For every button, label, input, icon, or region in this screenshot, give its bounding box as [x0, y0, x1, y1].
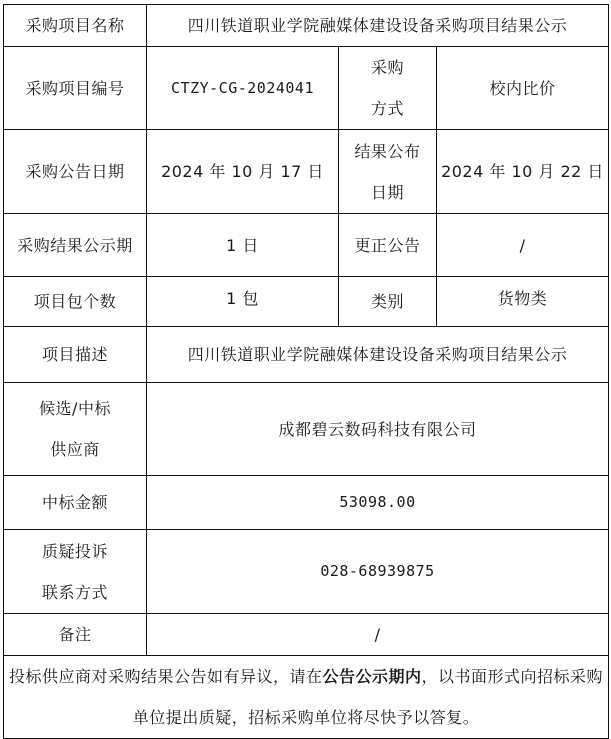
package-count-value: 1 包 — [147, 277, 339, 327]
project-code-label: 采购项目编号 — [4, 47, 147, 130]
procurement-result-table: 采购项目名称 四川铁道职业学院融媒体建设设备采购项目结果公示 采购项目编号 CT… — [3, 4, 609, 739]
announcement-date-label: 采购公告日期 — [4, 130, 147, 214]
procurement-method-label-line2: 方式 — [343, 88, 432, 129]
supplier-value: 成都碧云数码科技有限公司 — [147, 383, 609, 476]
row-remarks: 备注 / — [4, 614, 609, 656]
supplier-label-line2: 供应商 — [8, 429, 142, 470]
publicity-period-value: 1 日 — [147, 214, 339, 277]
row-package-count: 项目包个数 1 包 类别 货物类 — [4, 277, 609, 327]
amount-label: 中标金额 — [4, 476, 147, 530]
project-code-value: CTZY-CG-2024041 — [147, 47, 339, 130]
result-date-label-line1: 结果公布 — [343, 131, 432, 172]
row-supplier: 候选/中标 供应商 成都碧云数码科技有限公司 — [4, 383, 609, 476]
row-publicity-period: 采购结果公示期 1 日 更正公告 / — [4, 214, 609, 277]
notice-text-bold: 公告公示期内 — [323, 667, 422, 686]
result-date-label-line2: 日期 — [343, 172, 432, 213]
complaint-contact-label-line2: 联系方式 — [8, 572, 142, 613]
amount-value: 53098.00 — [147, 476, 609, 530]
supplier-label: 候选/中标 供应商 — [4, 383, 147, 476]
procurement-method-label: 采购 方式 — [339, 47, 437, 130]
result-date-label: 结果公布 日期 — [339, 130, 437, 214]
publicity-period-label: 采购结果公示期 — [4, 214, 147, 277]
supplier-label-line1: 候选/中标 — [8, 388, 142, 429]
row-notice: 投标供应商对采购结果公告如有异议，请在公告公示期内，以书面形式向招标采购单位提出… — [4, 656, 609, 739]
row-project-name: 采购项目名称 四川铁道职业学院融媒体建设设备采购项目结果公示 — [4, 5, 609, 47]
result-date-value: 2024 年 10 月 22 日 — [437, 130, 609, 214]
notice-text-part1: 投标供应商对采购结果公告如有异议，请在 — [9, 667, 323, 686]
announcement-date-value: 2024 年 10 月 17 日 — [147, 130, 339, 214]
row-project-code: 采购项目编号 CTZY-CG-2024041 采购 方式 校内比价 — [4, 47, 609, 130]
description-value: 四川铁道职业学院融媒体建设设备采购项目结果公示 — [147, 327, 609, 383]
remarks-value: / — [147, 614, 609, 656]
procurement-method-label-line1: 采购 — [343, 47, 432, 88]
category-label: 类别 — [339, 277, 437, 327]
project-name-label: 采购项目名称 — [4, 5, 147, 47]
procurement-method-value: 校内比价 — [437, 47, 609, 130]
complaint-contact-value: 028-68939875 — [147, 530, 609, 614]
remarks-label: 备注 — [4, 614, 147, 656]
row-amount: 中标金额 53098.00 — [4, 476, 609, 530]
correction-notice-value: / — [437, 214, 609, 277]
category-value: 货物类 — [437, 277, 609, 327]
objection-notice: 投标供应商对采购结果公告如有异议，请在公告公示期内，以书面形式向招标采购单位提出… — [4, 656, 609, 739]
package-count-label: 项目包个数 — [4, 277, 147, 327]
complaint-contact-label: 质疑投诉 联系方式 — [4, 530, 147, 614]
correction-notice-label: 更正公告 — [339, 214, 437, 277]
row-announcement-date: 采购公告日期 2024 年 10 月 17 日 结果公布 日期 2024 年 1… — [4, 130, 609, 214]
row-description: 项目描述 四川铁道职业学院融媒体建设设备采购项目结果公示 — [4, 327, 609, 383]
complaint-contact-label-line1: 质疑投诉 — [8, 531, 142, 572]
description-label: 项目描述 — [4, 327, 147, 383]
row-complaint-contact: 质疑投诉 联系方式 028-68939875 — [4, 530, 609, 614]
project-name-value: 四川铁道职业学院融媒体建设设备采购项目结果公示 — [147, 5, 609, 47]
